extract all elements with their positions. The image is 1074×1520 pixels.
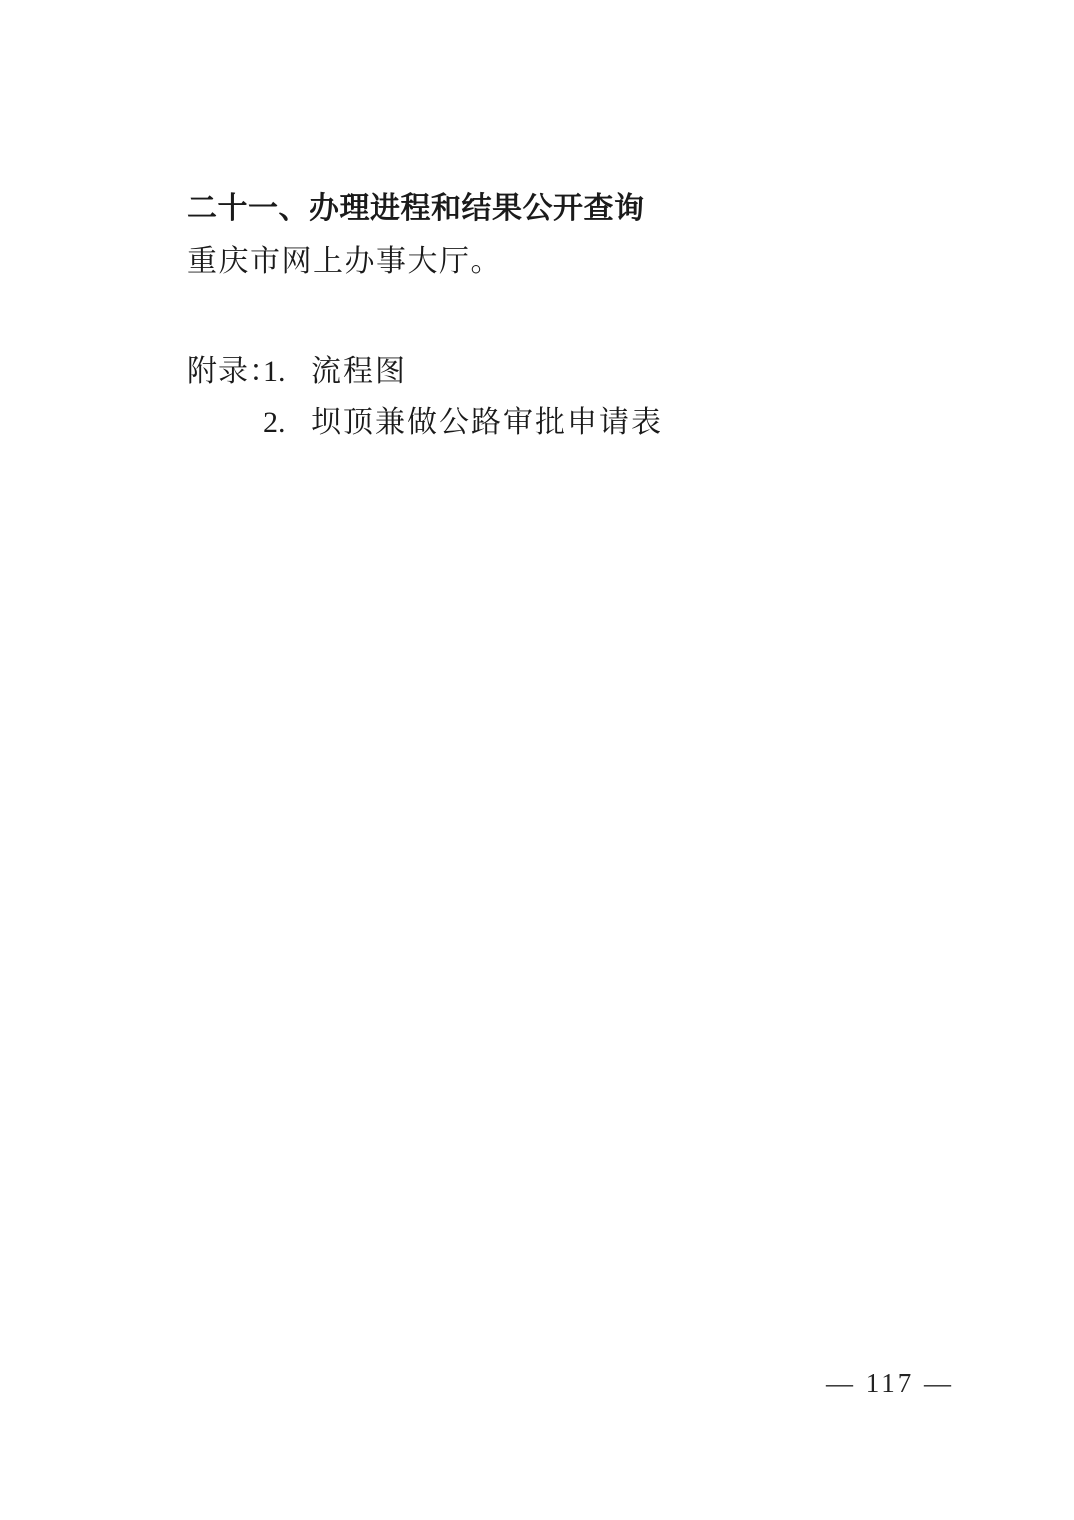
appendix-line-2: 2. 坝顶兼做公路审批申请表 [187, 404, 663, 455]
appendix-block: 附录： 1. 流程图 2. 坝顶兼做公路审批申请表 [187, 353, 663, 455]
document-page: 二十一、办理进程和结果公开查询 重庆市网上办事大厅。 附录： 1. 流程图 2.… [0, 0, 1074, 1520]
appendix-line-1: 附录： 1. 流程图 [187, 353, 663, 404]
body-paragraph: 重庆市网上办事大厅。 [187, 243, 502, 281]
section-heading: 二十一、办理进程和结果公开查询 [187, 191, 645, 227]
page-number: — 117 — [826, 1367, 954, 1399]
appendix-item-1-number: 1. [263, 353, 311, 391]
appendix-item-1-text: 流程图 [311, 353, 407, 391]
appendix-item-2-text: 坝顶兼做公路审批申请表 [311, 404, 663, 442]
appendix-label: 附录： [187, 353, 263, 391]
appendix-item-2-number: 2. [263, 404, 311, 442]
